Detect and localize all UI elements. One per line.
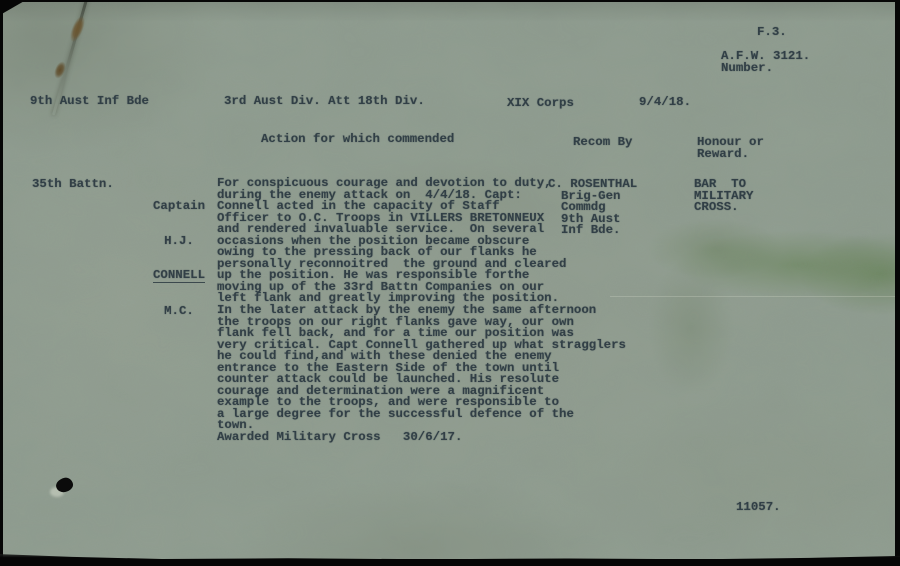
header-date: 9/4/18. bbox=[639, 97, 691, 109]
officer-rank: Captain bbox=[140, 201, 218, 213]
header-brigade: 9th Aust Inf Bde bbox=[30, 96, 149, 108]
header-division: 3rd Aust Div. Att 18th Div. bbox=[224, 96, 425, 108]
column-honour-heading: Honour or Reward. bbox=[697, 137, 764, 160]
officer-initials: H.J. bbox=[140, 236, 218, 248]
form-code: F.3. bbox=[757, 27, 787, 39]
serial-number: 11057. bbox=[736, 502, 781, 514]
scan-edge-left bbox=[0, 0, 3, 566]
officer-surname: CONNELL bbox=[140, 270, 218, 283]
column-recom-by-heading: Recom By bbox=[573, 137, 633, 149]
scan-edge-top bbox=[0, 0, 900, 2]
column-action-heading: Action for which commended bbox=[261, 134, 454, 146]
form-reference-label: Number. bbox=[721, 63, 773, 75]
officer-name-block: Captain H.J. CONNELL M.C. bbox=[140, 178, 218, 341]
recommender-details: Brig-Gen Commdg 9th Aust Inf Bde. bbox=[561, 191, 621, 237]
header-corps: XIX Corps bbox=[507, 98, 574, 110]
scanned-document: F.3. A.F.W. 3121. Number. 9th Aust Inf B… bbox=[0, 0, 900, 566]
award-recommended: BAR TO MILITARY CROSS. bbox=[694, 179, 754, 214]
officer-decoration: M.C. bbox=[140, 306, 218, 318]
entry-unit: 35th Battn. bbox=[32, 179, 114, 191]
scan-edge-right bbox=[895, 0, 900, 566]
